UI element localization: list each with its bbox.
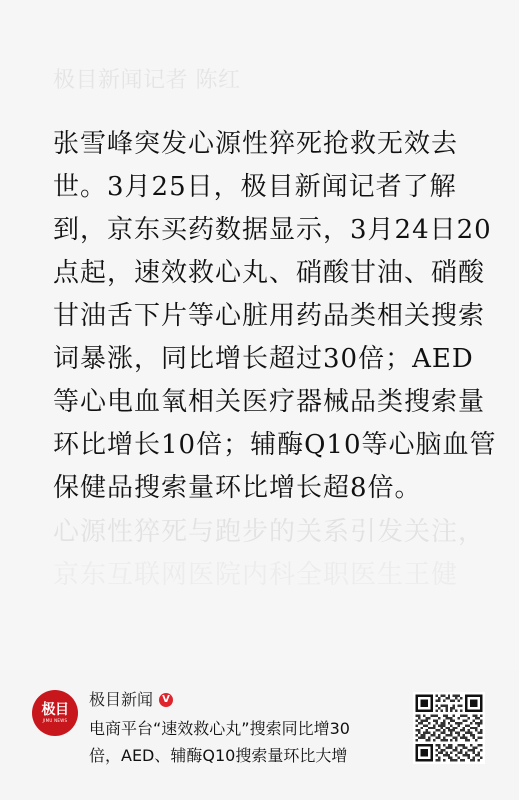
faded-line: 心源性猝死与跑步的关系引发关注， bbox=[53, 511, 469, 554]
body-line: 张雪峰突发心源性猝死抢救无效去 bbox=[53, 123, 469, 166]
body-line: 甘油舌下片等心脏用药品类相关搜索 bbox=[53, 295, 469, 338]
body-line: 点起，速效救心丸、硝酸甘油、硝酸 bbox=[53, 252, 469, 295]
qr-code-icon[interactable] bbox=[413, 692, 485, 764]
share-card-footer: 极目 JIMU NEWS 极目新闻 V 电商平台“速效救心丸”搜索同比增30 倍… bbox=[0, 670, 519, 800]
headline-line: 倍，AED、辅酶Q10搜索量环比大增 bbox=[89, 742, 389, 769]
faded-continuation: 心源性猝死与跑步的关系引发关注， 京东互联网医院内科全职医生王健 bbox=[53, 511, 469, 597]
article-headline: 电商平台“速效救心丸”搜索同比增30 倍，AED、辅酶Q10搜索量环比大增 bbox=[89, 715, 389, 769]
logo-text: 极目 bbox=[32, 690, 78, 718]
logo-subtext: JIMU NEWS bbox=[32, 718, 78, 724]
source-name: 极目新闻 bbox=[89, 689, 153, 711]
body-line: 保健品搜索量环比增长超8倍。 bbox=[53, 467, 469, 510]
body-line: 到，京东买药数据显示，3月24日20 bbox=[53, 209, 469, 252]
verified-badge-icon: V bbox=[159, 693, 173, 707]
faded-line: 京东互联网医院内科全职医生王健 bbox=[53, 554, 469, 597]
jimu-news-logo: 极目 JIMU NEWS bbox=[32, 690, 78, 736]
body-line: 等心电血氧相关医疗器械品类搜索量 bbox=[53, 381, 469, 424]
article-body: 张雪峰突发心源性猝死抢救无效去 世。3月25日，极目新闻记者了解 到，京东买药数… bbox=[53, 123, 469, 510]
article-byline: 极目新闻记者 陈红 bbox=[53, 66, 241, 96]
body-line: 词暴涨，同比增长超过30倍；AED bbox=[53, 338, 469, 381]
body-line: 环比增长10倍；辅酶Q10等心脑血管 bbox=[53, 424, 469, 467]
body-line: 世。3月25日，极目新闻记者了解 bbox=[53, 166, 469, 209]
source-row: 极目新闻 V bbox=[89, 689, 173, 711]
headline-line: 电商平台“速效救心丸”搜索同比增30 bbox=[89, 715, 389, 742]
